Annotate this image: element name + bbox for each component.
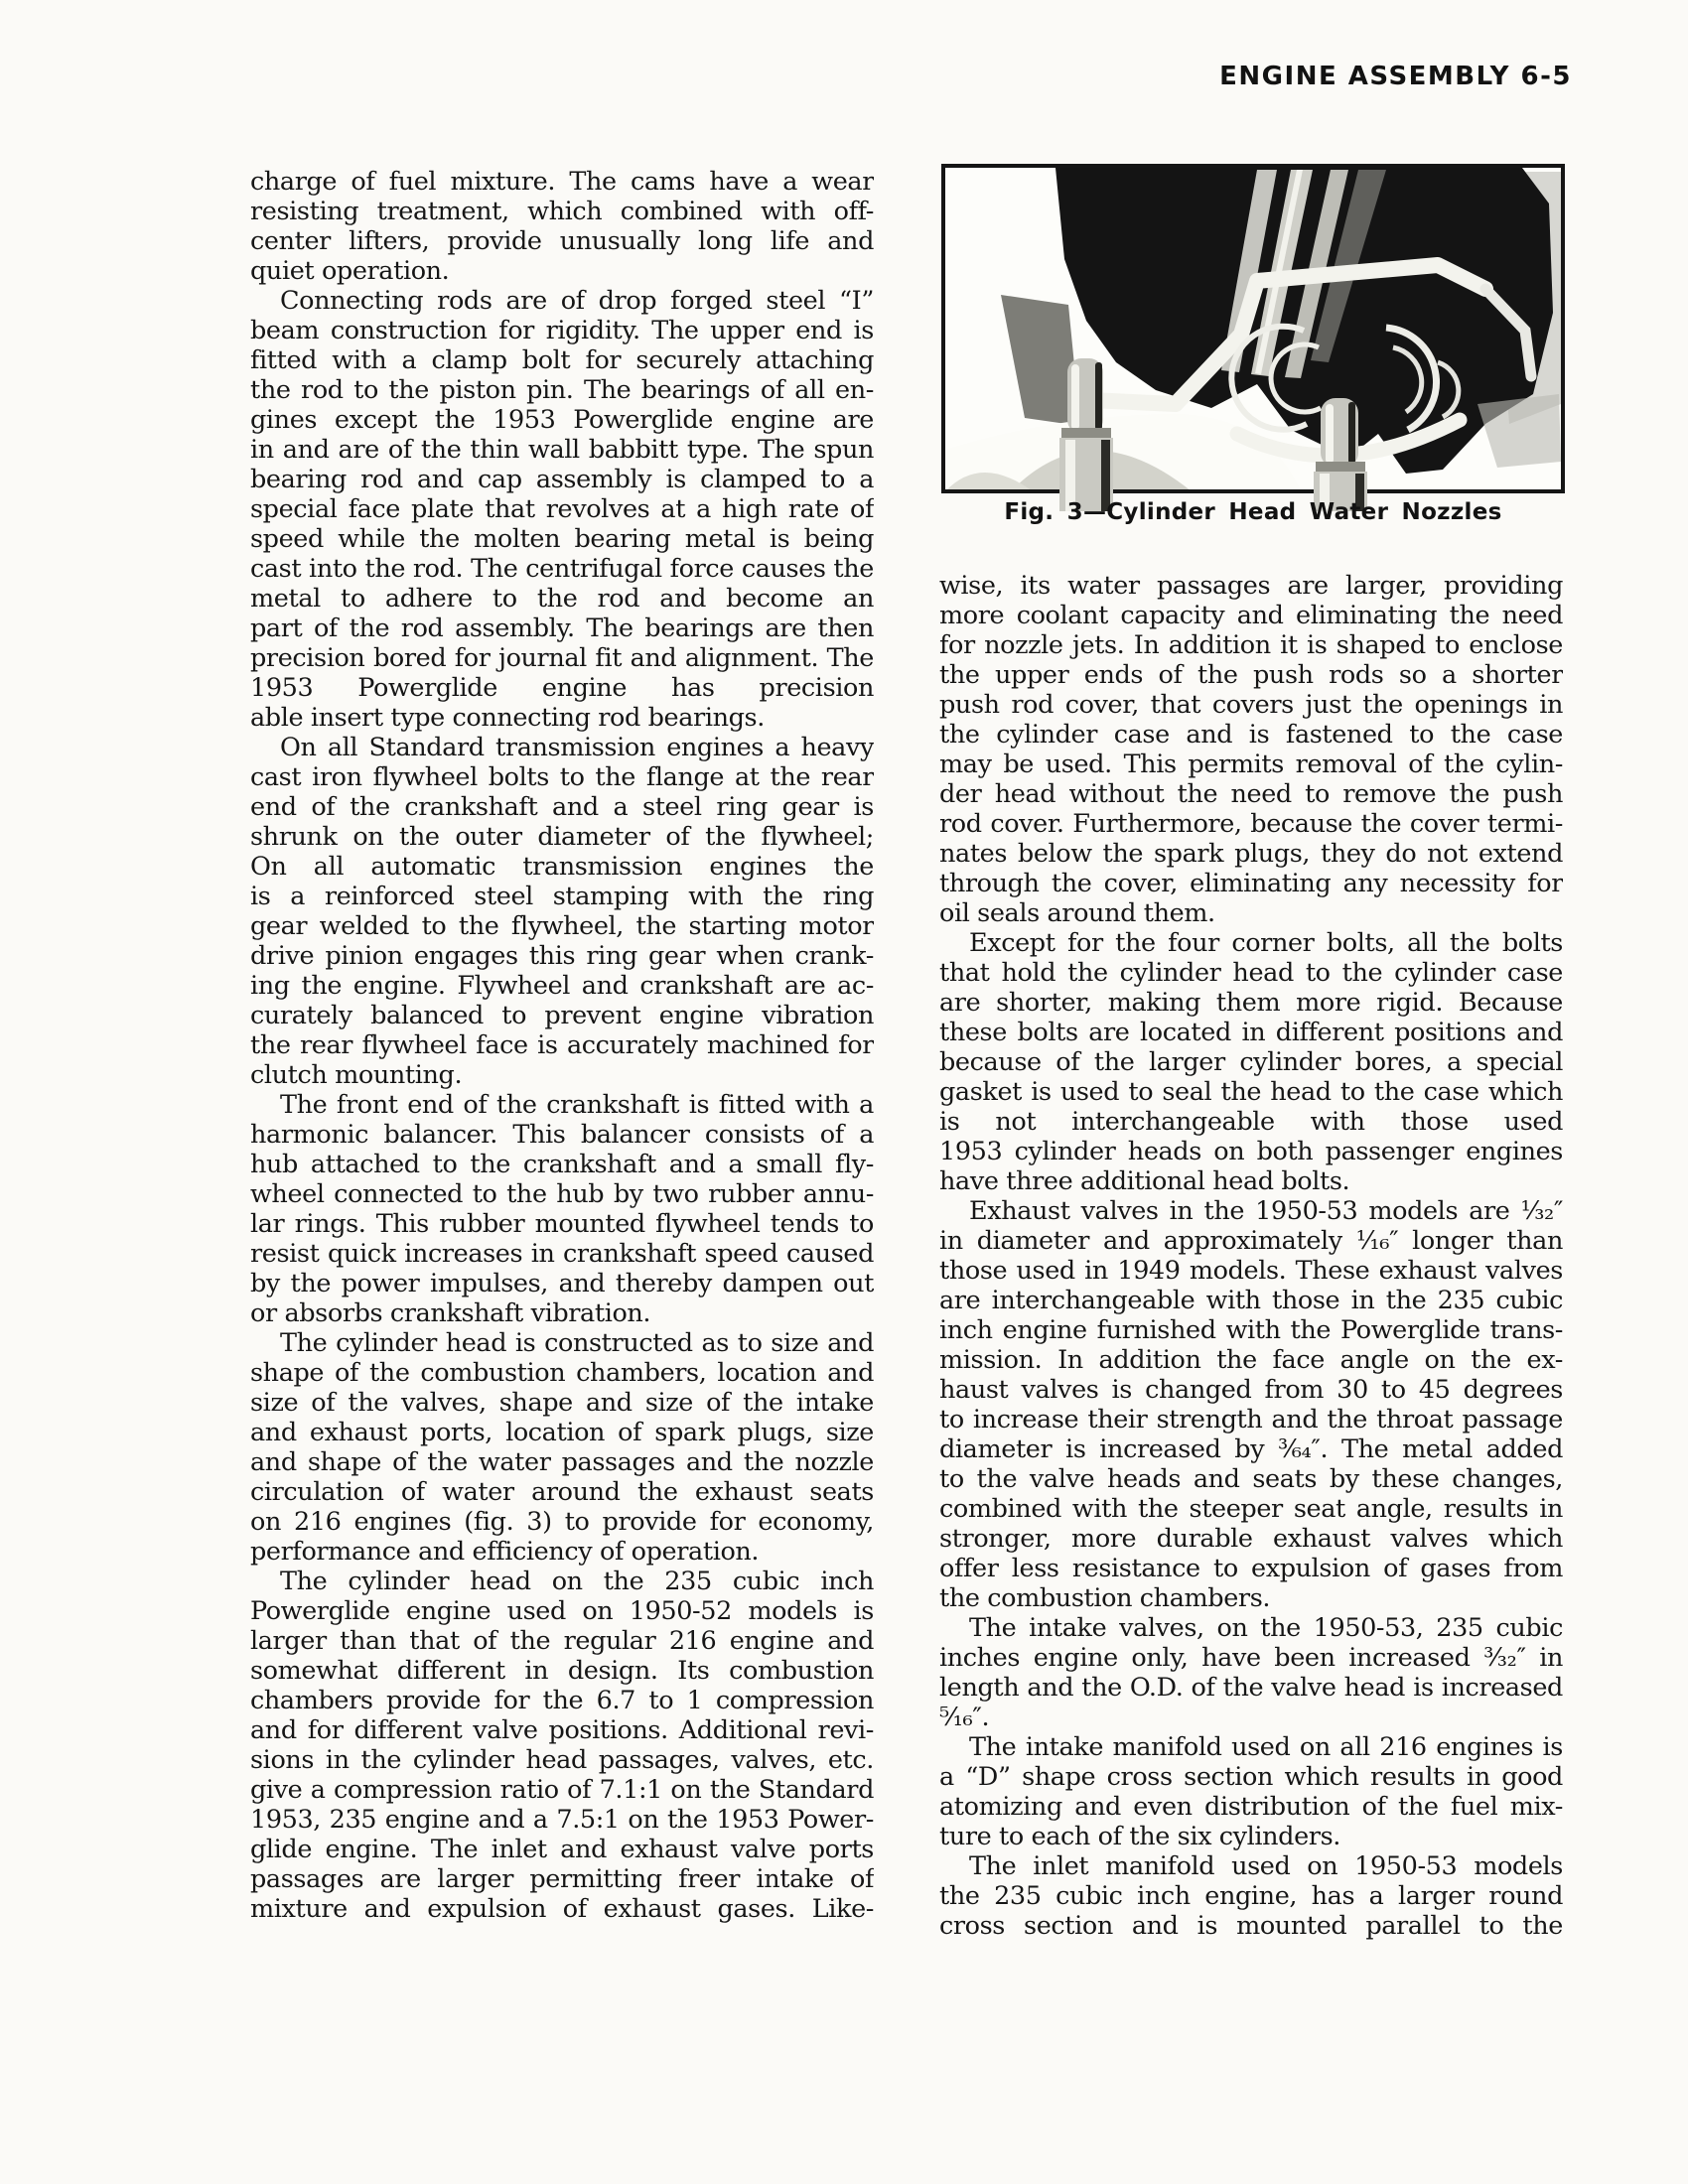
text-line: oil seals around them.: [939, 898, 1563, 928]
cylinder-head-photo-image: [941, 164, 1565, 513]
paragraph: The cylinder head on the 235 cubic inchP…: [250, 1567, 874, 1924]
text-line: curately balanced to prevent engine vibr…: [250, 1001, 874, 1030]
text-line: The intake manifold used on all 216 engi…: [939, 1732, 1563, 1762]
text-line: and exhaust ports, location of spark plu…: [250, 1418, 874, 1447]
text-line: able insert type connecting rod bearings…: [250, 703, 874, 733]
text-line: length and the O.D. of the valve head is…: [939, 1673, 1563, 1703]
text-line: a “D” shape cross section which results …: [939, 1762, 1563, 1792]
text-line: precision bored for journal fit and alig…: [250, 643, 874, 673]
text-line: Exhaust valves in the 1950-53 models are…: [939, 1196, 1563, 1226]
text-line: cross section and is mounted parallel to…: [939, 1911, 1563, 1941]
text-line: inches engine only, have been increased …: [939, 1643, 1563, 1673]
text-line: gear welded to the flywheel, the startin…: [250, 911, 874, 941]
text-line: Connecting rods are of drop forged steel…: [250, 286, 874, 316]
text-line: circulation of water around the exhaust …: [250, 1477, 874, 1507]
text-line: performance and efficiency of operation.: [250, 1537, 874, 1567]
text-line: are interchangeable with those in the 23…: [939, 1286, 1563, 1315]
text-line: shape of the combustion chambers, locati…: [250, 1358, 874, 1388]
manual-page: ENGINE ASSEMBLY 6-5 charge of fuel mixtu…: [0, 0, 1688, 2184]
text-line: charge of fuel mixture. The cams have a …: [250, 167, 874, 197]
text-line: size of the valves, shape and size of th…: [250, 1388, 874, 1418]
figure-caption: Fig. 3—Cylinder Head Water Nozzles: [941, 499, 1565, 525]
text-line: Powerglide engine used on 1950-52 models…: [250, 1596, 874, 1626]
text-line: The front end of the crankshaft is fitte…: [250, 1090, 874, 1120]
text-line: are shorter, making them more rigid. Bec…: [939, 988, 1563, 1018]
paragraph: Connecting rods are of drop forged steel…: [250, 286, 874, 733]
text-line: in and are of the thin wall babbitt type…: [250, 435, 874, 465]
text-line: The inlet manifold used on 1950-53 model…: [939, 1851, 1563, 1881]
paragraph: The cylinder head is constructed as to s…: [250, 1328, 874, 1567]
text-line: lar rings. This rubber mounted flywheel …: [250, 1209, 874, 1239]
text-line: push rod cover, that covers just the ope…: [939, 690, 1563, 720]
text-line: 1953, 235 engine and a 7.5:1 on the 1953…: [250, 1805, 874, 1835]
text-line: rod cover. Furthermore, because the cove…: [939, 809, 1563, 839]
right-column: wise, its water passages are larger, pro…: [939, 571, 1563, 1941]
text-line: or absorbs crankshaft vibration.: [250, 1298, 874, 1328]
text-line: beam construction for rigidity. The uppe…: [250, 316, 874, 345]
text-line: nates below the spark plugs, they do not…: [939, 839, 1563, 869]
text-line: those used in 1949 models. These exhaust…: [939, 1256, 1563, 1286]
text-line: Except for the four corner bolts, all th…: [939, 928, 1563, 958]
text-line: ⁵⁄₁₆″.: [939, 1703, 1563, 1732]
paragraph: wise, its water passages are larger, pro…: [939, 571, 1563, 928]
text-line: ture to each of the six cylinders.: [939, 1822, 1563, 1851]
text-line: resisting treatment, which combined with…: [250, 197, 874, 226]
text-line: clutch mounting.: [250, 1060, 874, 1090]
text-line: the rod to the piston pin. The bearings …: [250, 375, 874, 405]
text-line: mission. In addition the face angle on t…: [939, 1345, 1563, 1375]
text-line: mixture and expulsion of exhaust gases. …: [250, 1894, 874, 1924]
text-line: atomizing and even distribution of the f…: [939, 1792, 1563, 1822]
text-line: gines except the 1953 Powerglide engine …: [250, 405, 874, 435]
text-line: der head without the need to remove the …: [939, 779, 1563, 809]
text-line: ing the engine. Flywheel and crankshaft …: [250, 971, 874, 1001]
text-line: wheel connected to the hub by two rubber…: [250, 1179, 874, 1209]
text-line: 1953 Powerglide engine has precision int…: [250, 673, 874, 703]
text-line: center lifters, provide unusually long l…: [250, 226, 874, 256]
text-line: offer less resistance to expulsion of ga…: [939, 1554, 1563, 1583]
text-line: hub attached to the crankshaft and a sma…: [250, 1150, 874, 1179]
paragraph: The inlet manifold used on 1950-53 model…: [939, 1851, 1563, 1941]
text-line: cast iron flywheel bolts to the flange a…: [250, 762, 874, 792]
text-line: The intake valves, on the 1950-53, 235 c…: [939, 1613, 1563, 1643]
text-line: drive pinion engages this ring gear when…: [250, 941, 874, 971]
text-line: metal to adhere to the rod and become an…: [250, 584, 874, 614]
text-line: through the cover, eliminating any neces…: [939, 869, 1563, 898]
text-line: inch engine furnished with the Powerglid…: [939, 1315, 1563, 1345]
text-line: shrunk on the outer diameter of the flyw…: [250, 822, 874, 852]
text-line: diameter is increased by ³⁄₆₄″. The meta…: [939, 1434, 1563, 1464]
text-line: end of the crankshaft and a steel ring g…: [250, 792, 874, 822]
text-line: and shape of the water passages and the …: [250, 1447, 874, 1477]
text-line: to the valve heads and seats by these ch…: [939, 1464, 1563, 1494]
text-line: in diameter and approximately ¹⁄₁₆″ long…: [939, 1226, 1563, 1256]
text-line: harmonic balancer. This balancer consist…: [250, 1120, 874, 1150]
page-header: ENGINE ASSEMBLY 6-5: [1219, 62, 1572, 91]
text-line: glide engine. The inlet and exhaust valv…: [250, 1835, 874, 1864]
text-line: On all automatic transmission engines th…: [250, 852, 874, 882]
text-line: because of the larger cylinder bores, a …: [939, 1047, 1563, 1077]
text-line: may be used. This permits removal of the…: [939, 750, 1563, 779]
text-line: fitted with a clamp bolt for securely at…: [250, 345, 874, 375]
text-line: part of the rod assembly. The bearings a…: [250, 614, 874, 643]
paragraph: Exhaust valves in the 1950-53 models are…: [939, 1196, 1563, 1613]
text-line: and for different valve positions. Addit…: [250, 1715, 874, 1745]
text-line: chambers provide for the 6.7 to 1 compre…: [250, 1686, 874, 1715]
text-line: to increase their strength and the throa…: [939, 1405, 1563, 1434]
text-line: the rear flywheel face is accurately mac…: [250, 1030, 874, 1060]
paragraph: The intake manifold used on all 216 engi…: [939, 1732, 1563, 1851]
text-line: the combustion chambers.: [939, 1583, 1563, 1613]
text-line: stronger, more durable exhaust valves wh…: [939, 1524, 1563, 1554]
text-line: The cylinder head on the 235 cubic inch: [250, 1567, 874, 1596]
text-line: somewhat different in design. Its combus…: [250, 1656, 874, 1686]
text-line: bearing rod and cap assembly is clamped …: [250, 465, 874, 494]
paragraph: charge of fuel mixture. The cams have a …: [250, 167, 874, 286]
text-line: the cylinder case and is fastened to the…: [939, 720, 1563, 750]
text-line: passages are larger permitting freer int…: [250, 1864, 874, 1894]
text-line: On all Standard transmission engines a h…: [250, 733, 874, 762]
text-line: cast into the rod. The centrifugal force…: [250, 554, 874, 584]
text-line: wise, its water passages are larger, pro…: [939, 571, 1563, 601]
paragraph: The intake valves, on the 1950-53, 235 c…: [939, 1613, 1563, 1732]
text-line: The cylinder head is constructed as to s…: [250, 1328, 874, 1358]
text-line: give a compression ratio of 7.1:1 on the…: [250, 1775, 874, 1805]
text-line: by the power impulses, and thereby dampe…: [250, 1269, 874, 1298]
text-line: that hold the cylinder head to the cylin…: [939, 958, 1563, 988]
text-line: haust valves is changed from 30 to 45 de…: [939, 1375, 1563, 1405]
figure-3: Fig. 3—Cylinder Head Water Nozzles: [941, 164, 1565, 541]
text-line: larger than that of the regular 216 engi…: [250, 1626, 874, 1656]
text-line: is a reinforced steel stamping with the …: [250, 882, 874, 911]
text-line: gasket is used to seal the head to the c…: [939, 1077, 1563, 1107]
paragraph: Except for the four corner bolts, all th…: [939, 928, 1563, 1196]
text-line: these bolts are located in different pos…: [939, 1018, 1563, 1047]
text-line: the upper ends of the push rods so a sho…: [939, 660, 1563, 690]
text-line: have three additional head bolts.: [939, 1166, 1563, 1196]
text-line: resist quick increases in crankshaft spe…: [250, 1239, 874, 1269]
paragraph: The front end of the crankshaft is fitte…: [250, 1090, 874, 1328]
text-line: on 216 engines (fig. 3) to provide for e…: [250, 1507, 874, 1537]
text-line: quiet operation.: [250, 256, 874, 286]
text-line: combined with the steeper seat angle, re…: [939, 1494, 1563, 1524]
paragraph: On all Standard transmission engines a h…: [250, 733, 874, 1090]
text-line: sions in the cylinder head passages, val…: [250, 1745, 874, 1775]
left-column: charge of fuel mixture. The cams have a …: [250, 167, 874, 1924]
text-line: more coolant capacity and eliminating th…: [939, 601, 1563, 630]
text-line: is not interchangeable with those used p…: [939, 1107, 1563, 1137]
text-line: 1953 cylinder heads on both passenger en…: [939, 1137, 1563, 1166]
text-line: special face plate that revolves at a hi…: [250, 494, 874, 524]
text-line: speed while the molten bearing metal is …: [250, 524, 874, 554]
text-line: for nozzle jets. In addition it is shape…: [939, 630, 1563, 660]
text-line: the 235 cubic inch engine, has a larger …: [939, 1881, 1563, 1911]
